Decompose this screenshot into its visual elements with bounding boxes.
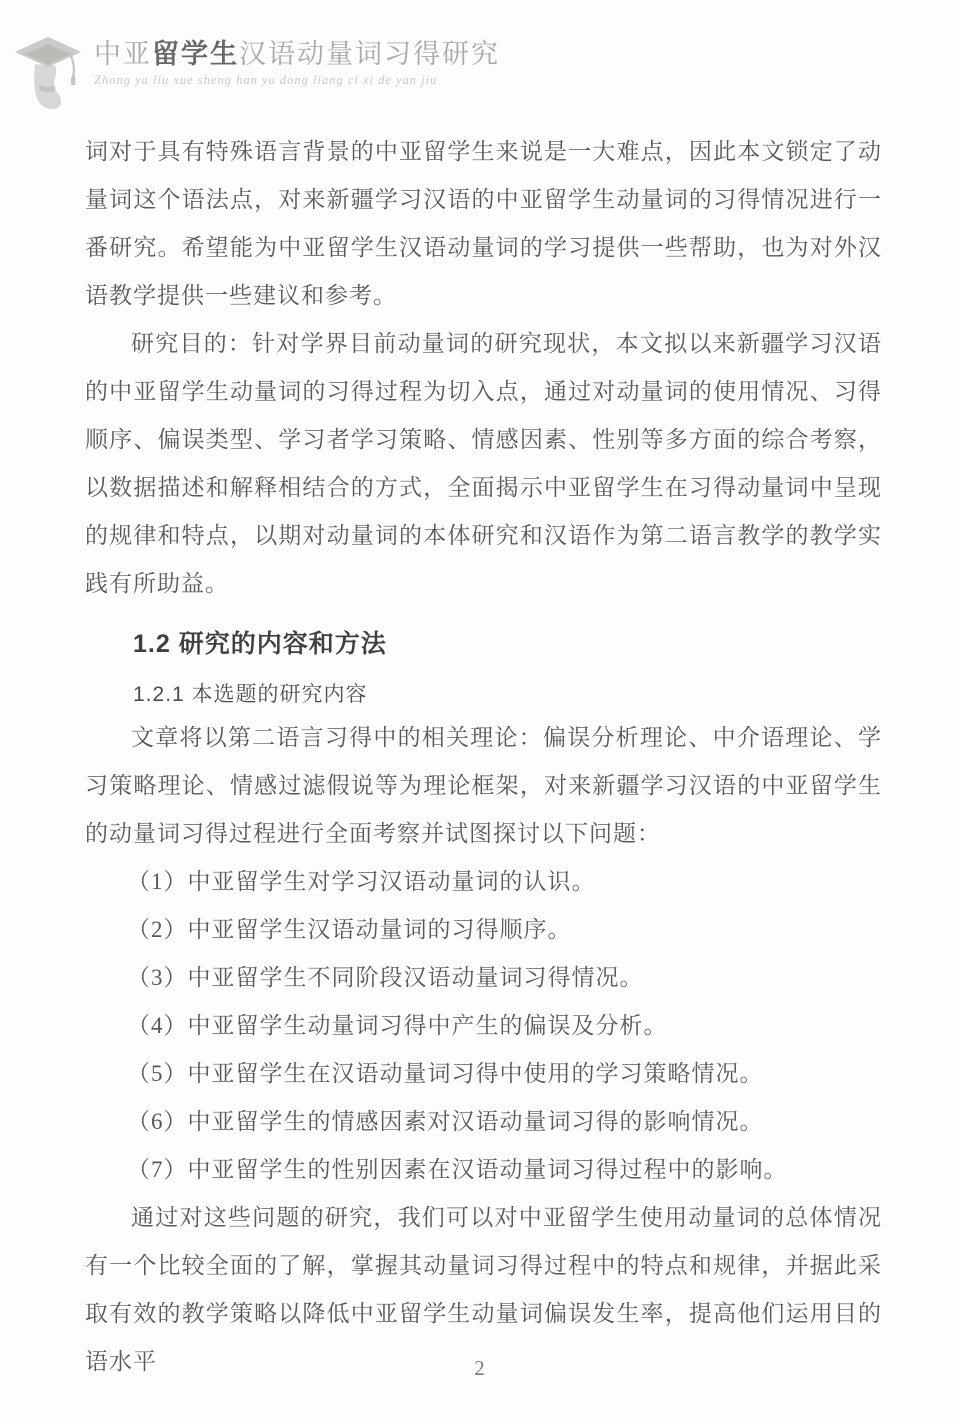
- research-question-list: （1）中亚留学生对学习汉语动量词的认识。 （2）中亚留学生汉语动量词的习得顺序。…: [85, 858, 882, 1194]
- book-title-prefix: 中亚: [94, 39, 152, 69]
- list-item: （6）中亚留学生的情感因素对汉语动量词习得的影响情况。: [85, 1098, 882, 1146]
- list-item: （7）中亚留学生的性别因素在汉语动量词习得过程中的影响。: [85, 1146, 882, 1194]
- paragraph-framework: 文章将以第二语言习得中的相关理论：偏误分析理论、中介语理论、学习策略理论、情感过…: [85, 714, 882, 858]
- list-item: （1）中亚留学生对学习汉语动量词的认识。: [85, 858, 882, 906]
- section-heading: 1.2 研究的内容和方法: [133, 624, 882, 660]
- page-header: 中亚留学生汉语动量词习得研究 Zhong ya liu xue sheng ha…: [0, 0, 960, 120]
- header-text: 中亚留学生汉语动量词习得研究 Zhong ya liu xue sheng ha…: [94, 32, 500, 88]
- list-item: （4）中亚留学生动量词习得中产生的偏误及分析。: [85, 1002, 882, 1050]
- subsection-heading: 1.2.1 本选题的研究内容: [133, 678, 882, 708]
- list-item: （2）中亚留学生汉语动量词的习得顺序。: [85, 906, 882, 954]
- paragraph-continuation: 词对于具有特殊语言背景的中亚留学生来说是一大难点，因此本文锁定了动量词这个语法点…: [85, 128, 882, 320]
- page-content: 词对于具有特殊语言背景的中亚留学生来说是一大难点，因此本文锁定了动量词这个语法点…: [0, 120, 960, 1386]
- list-item: （5）中亚留学生在汉语动量词习得中使用的学习策略情况。: [85, 1050, 882, 1098]
- book-title: 中亚留学生汉语动量词习得研究: [94, 40, 500, 70]
- list-item: （3）中亚留学生不同阶段汉语动量词习得情况。: [85, 954, 882, 1002]
- graduate-statue-icon: [12, 32, 84, 116]
- book-title-bold: 留学生: [152, 39, 239, 69]
- paragraph-research-purpose: 研究目的：针对学界目前动量词的研究现状，本文拟以来新疆学习汉语的中亚留学生动量词…: [85, 320, 882, 608]
- page-number: 2: [0, 1356, 960, 1381]
- book-title-pinyin: Zhong ya liu xue sheng han yu dong liang…: [94, 73, 500, 88]
- document-page: 中亚留学生汉语动量词习得研究 Zhong ya liu xue sheng ha…: [0, 0, 960, 1423]
- book-title-suffix: 汉语动量词习得研究: [239, 39, 500, 69]
